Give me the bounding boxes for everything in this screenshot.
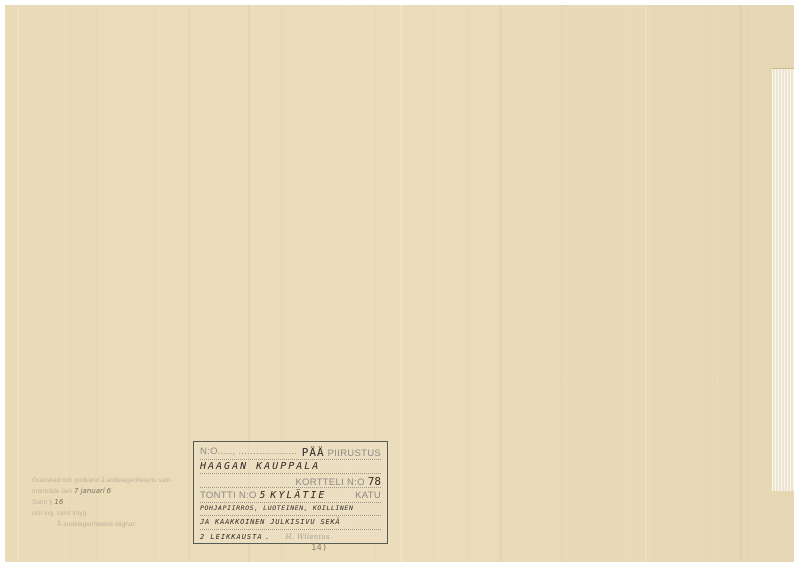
approval-line: manträde den bbox=[32, 488, 72, 495]
handwritten-section: 16 bbox=[54, 498, 63, 506]
owner-name: HAAGAN KAUPPALA bbox=[200, 461, 381, 472]
fold-line bbox=[400, 5, 402, 562]
handwritten-date: 7 januari bbox=[74, 487, 105, 495]
approval-line: och ing. samt intyg. bbox=[32, 510, 88, 517]
title-block-stamp: N:O....., .................... PÄÄ PIIRU… bbox=[193, 441, 388, 544]
signature: H. Wilenius bbox=[285, 533, 329, 541]
fold-line bbox=[17, 5, 19, 562]
stamp-row-plot: TONTTI N:O 5 KYLÄTIE KATU bbox=[200, 490, 381, 501]
page-number: 14) bbox=[311, 543, 327, 553]
approval-line: Samt § bbox=[32, 499, 54, 506]
fold-line bbox=[500, 5, 502, 562]
tape-strip bbox=[772, 68, 794, 491]
stamp-row-number: N:O....., .................... PÄÄ PIIRU… bbox=[200, 446, 381, 457]
fold-line bbox=[645, 5, 647, 562]
fold-line bbox=[740, 5, 742, 562]
approval-line: Granskad och godkänd å andelagenhetens s… bbox=[32, 477, 173, 484]
title-handwritten: PÄÄ bbox=[302, 446, 325, 459]
title-printed: PIIRUSTUS bbox=[328, 448, 381, 459]
description-line: POHJAPIIRROS, LUOTEINEN, KOILLINEN bbox=[200, 504, 381, 512]
handwritten-day: 6 bbox=[107, 487, 111, 495]
stamp-row-sections: 2 LEIKKAUSTA . H. Wilenius bbox=[200, 531, 381, 542]
street-label: KATU bbox=[355, 490, 381, 501]
description-line: JA KAAKKOINEN JULKISIVU SEKÄ bbox=[200, 518, 381, 526]
plot-label: TONTTI N:O bbox=[200, 490, 257, 501]
street-value: KYLÄTIE bbox=[270, 490, 326, 501]
description-line: 2 LEIKKAUSTA bbox=[200, 533, 263, 541]
number-label: N:O bbox=[200, 446, 218, 457]
approval-note: Granskad och godkänd å andelagenhetens s… bbox=[32, 475, 182, 530]
plot-value: 5 bbox=[260, 490, 268, 501]
approval-line: Å andelagenhetens vägnar: bbox=[57, 521, 137, 528]
